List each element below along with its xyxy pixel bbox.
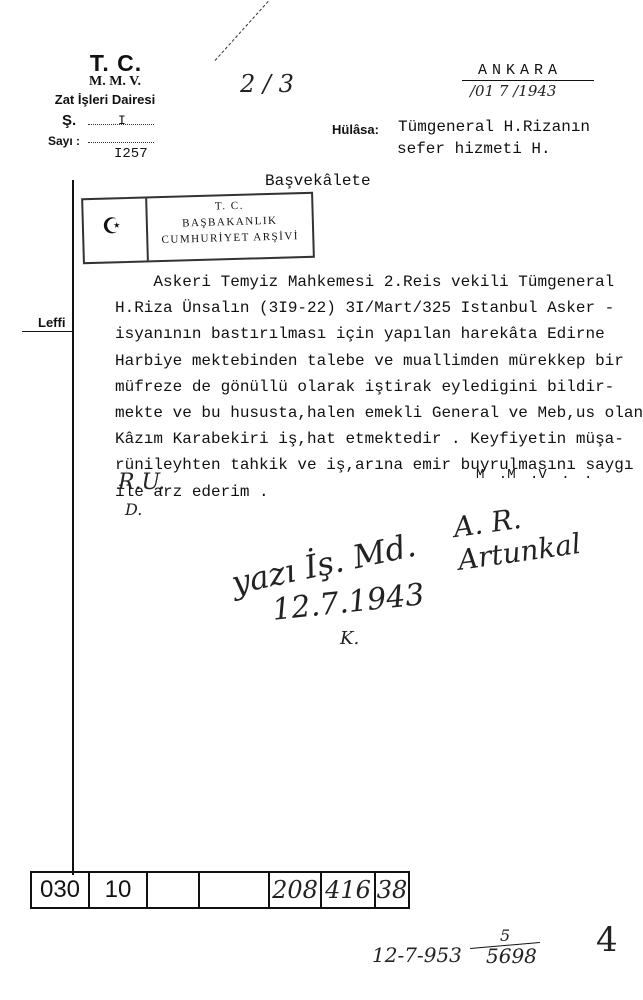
body-line: H.Riza Ünsalın (3I9-22) 3I/Mart/325 Ista… bbox=[115, 295, 643, 321]
margin-label-underline bbox=[22, 331, 72, 332]
header-department: Zat İşleri Dairesi bbox=[40, 92, 170, 107]
header-state: T. C. bbox=[66, 50, 166, 77]
archive-stamp: ☪ T. C. BAŞBAKANLIK CUMHURİYET ARŞİVİ bbox=[81, 192, 315, 264]
stamp-line-1: T. C. bbox=[147, 198, 311, 215]
summary-label: Hülâsa: bbox=[332, 122, 379, 137]
reference-code-cell: 208 bbox=[270, 873, 322, 907]
margin-label: Leffi bbox=[38, 315, 65, 330]
city: ANKARA bbox=[478, 62, 562, 79]
sayi-dotted-line bbox=[88, 142, 154, 143]
handwritten-note-initial: K. bbox=[340, 628, 359, 649]
margin-rule bbox=[72, 180, 74, 875]
footer-number-bottom: 5698 bbox=[486, 944, 537, 968]
body-line: Askeri Temyiz Mahkemesi 2.Reis vekili Tü… bbox=[115, 269, 643, 295]
sube-value: I bbox=[118, 113, 126, 128]
footer-number-top: 5 bbox=[500, 926, 510, 945]
crescent-star-icon: ☪ bbox=[102, 213, 122, 240]
reference-code-cell: 030 bbox=[32, 873, 90, 907]
handwritten-d-mark: D. bbox=[125, 500, 142, 519]
summary-line-1: Tümgeneral H.Rizanın bbox=[398, 118, 590, 136]
reference-code-cell: 416 bbox=[322, 873, 376, 907]
margin-handwritten-mark: 2 / 3 bbox=[240, 70, 294, 98]
header-ministry: M. M. V. bbox=[60, 74, 170, 90]
sube-label: Ş. bbox=[62, 112, 76, 129]
recipient: Başvekâlete bbox=[265, 172, 371, 190]
footer-date: 12-7-953 bbox=[372, 943, 462, 967]
page-number: 4 bbox=[596, 920, 618, 960]
stamp-line-3: CUMHURİYET ARŞİVİ bbox=[148, 230, 312, 247]
body-line: mekte ve bu hususta,halen emekli General… bbox=[115, 400, 643, 426]
document-date: /01 7 /1943 bbox=[470, 82, 556, 100]
signature-office: M .M .V . . bbox=[476, 467, 592, 483]
body-line: müfreze de gönüllü olarak iştirak eyledi… bbox=[115, 374, 643, 400]
margin-slash-mark bbox=[215, 0, 283, 61]
city-underline bbox=[462, 80, 594, 81]
reference-code-cell bbox=[148, 873, 200, 907]
summary-line-2: sefer hizmeti H. bbox=[397, 140, 551, 158]
handwritten-initials: R.U. bbox=[118, 470, 165, 495]
body-line: isyanının bastırılması için yapılan hare… bbox=[115, 321, 643, 347]
reference-code-table: 0301020841638 bbox=[30, 871, 410, 909]
body-line: Harbiye mektebinden talebe ve muallimden… bbox=[115, 348, 643, 374]
reference-code-cell: 10 bbox=[90, 873, 148, 907]
stamp-line-2: BAŞBAKANLIK bbox=[148, 214, 312, 231]
reference-code-cell: 38 bbox=[376, 873, 408, 907]
sayi-value: I257 bbox=[114, 146, 148, 162]
body-line: Kâzım Karabekiri iş,hat etmektedir . Key… bbox=[115, 426, 643, 452]
reference-code-cell bbox=[200, 873, 270, 907]
sayi-label: Sayı : bbox=[48, 134, 80, 148]
